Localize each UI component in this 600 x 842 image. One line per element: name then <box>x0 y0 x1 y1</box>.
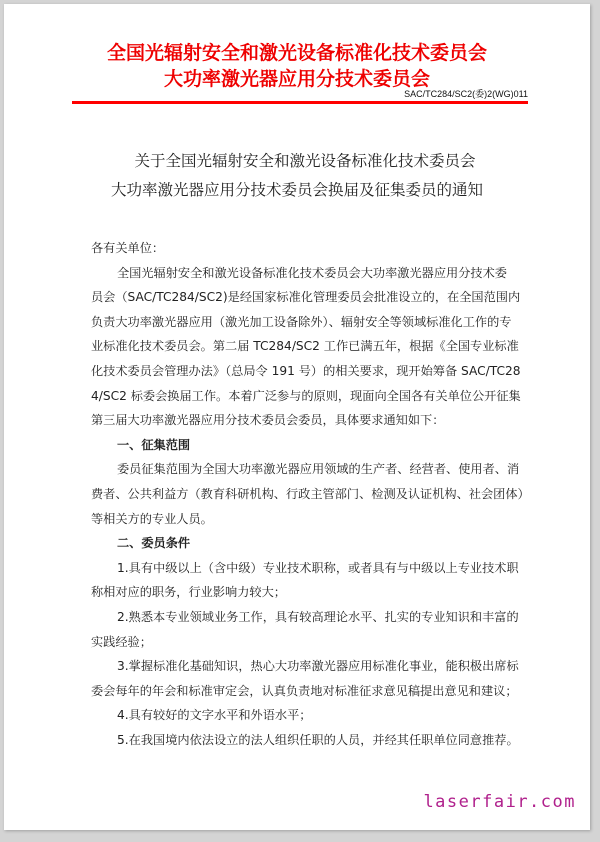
red-header-rule <box>72 101 528 104</box>
section-line: 委员征集范围为全国大功率激光器应用领域的生产者、经营者、使用者、消 <box>91 457 539 482</box>
intro-line: 4/SC2 标委会换届工作。本着广泛参与的原则，现面向全国各有关单位公开征集 <box>91 384 539 409</box>
document-number: SAC/TC284/SC2(委)2(WG)011 <box>404 87 528 100</box>
section-heading-conditions: 二、委员条件 <box>91 531 539 556</box>
subject-title-line1: 关于全国光辐射安全和激光设备标准化技术委员会 <box>12 149 598 171</box>
condition-item: 实践经验； <box>91 630 539 655</box>
condition-item: 4.具有较好的文字水平和外语水平； <box>91 703 539 728</box>
site-watermark: laserfair.com <box>423 792 576 812</box>
condition-item: 委会每年的年会和标准审定会，认真负责地对标准征求意见稿提出意见和建议； <box>91 679 539 704</box>
document-page: 全国光辐射安全和激光设备标准化技术委员会 大功率激光器应用分技术委员会 SAC/… <box>4 4 590 830</box>
intro-line: 化技术委员会管理办法》（总局令 191 号）的相关要求，现开始筹备 SAC/TC… <box>91 359 539 384</box>
condition-item: 3.掌握标准化基础知识，热心大功率激光器应用标准化事业，能积极出席标 <box>91 654 539 679</box>
section-heading-scope: 一、征集范围 <box>91 433 539 458</box>
section-line: 费者、公共利益方（教育科研机构、行政主管部门、检测及认证机构、社会团体） <box>91 482 539 507</box>
condition-item: 称相对应的职务，行业影响力较大； <box>91 580 539 605</box>
intro-line: 负责大功率激光器应用（激光加工设备除外）、辐射安全等领域标准化工作的专 <box>91 310 539 335</box>
notice-body: 各有关单位： 全国光辐射安全和激光设备标准化技术委员会大功率激光器应用分技术委 … <box>91 236 539 752</box>
condition-item: 2.熟悉本专业领域业务工作，具有较高理论水平、扎实的专业知识和丰富的 <box>91 605 539 630</box>
condition-item: 5.在我国境内依法设立的法人组织任职的人员，并经其任职单位同意推荐。 <box>91 728 539 753</box>
org-title-line1: 全国光辐射安全和激光设备标准化技术委员会 <box>4 38 590 65</box>
intro-line: 业标准化技术委员会。第二届 TC284/SC2 工作已满五年，根据《全国专业标准 <box>91 334 539 359</box>
intro-line: 第三届大功率激光器应用分技术委员会委员，具体要求通知如下： <box>91 408 539 433</box>
salutation: 各有关单位： <box>91 236 539 261</box>
intro-line: 全国光辐射安全和激光设备标准化技术委员会大功率激光器应用分技术委 <box>91 261 539 286</box>
subject-title-line2: 大功率激光器应用分技术委员会换届及征集委员的通知 <box>4 178 590 200</box>
section-line: 等相关方的专业人员。 <box>91 507 539 532</box>
condition-item: 1.具有中级以上（含中级）专业技术职称，或者具有与中级以上专业技术职 <box>91 556 539 581</box>
intro-line: 员会（SAC/TC284/SC2)是经国家标准化管理委员会批准设立的，在全国范围… <box>91 285 539 310</box>
